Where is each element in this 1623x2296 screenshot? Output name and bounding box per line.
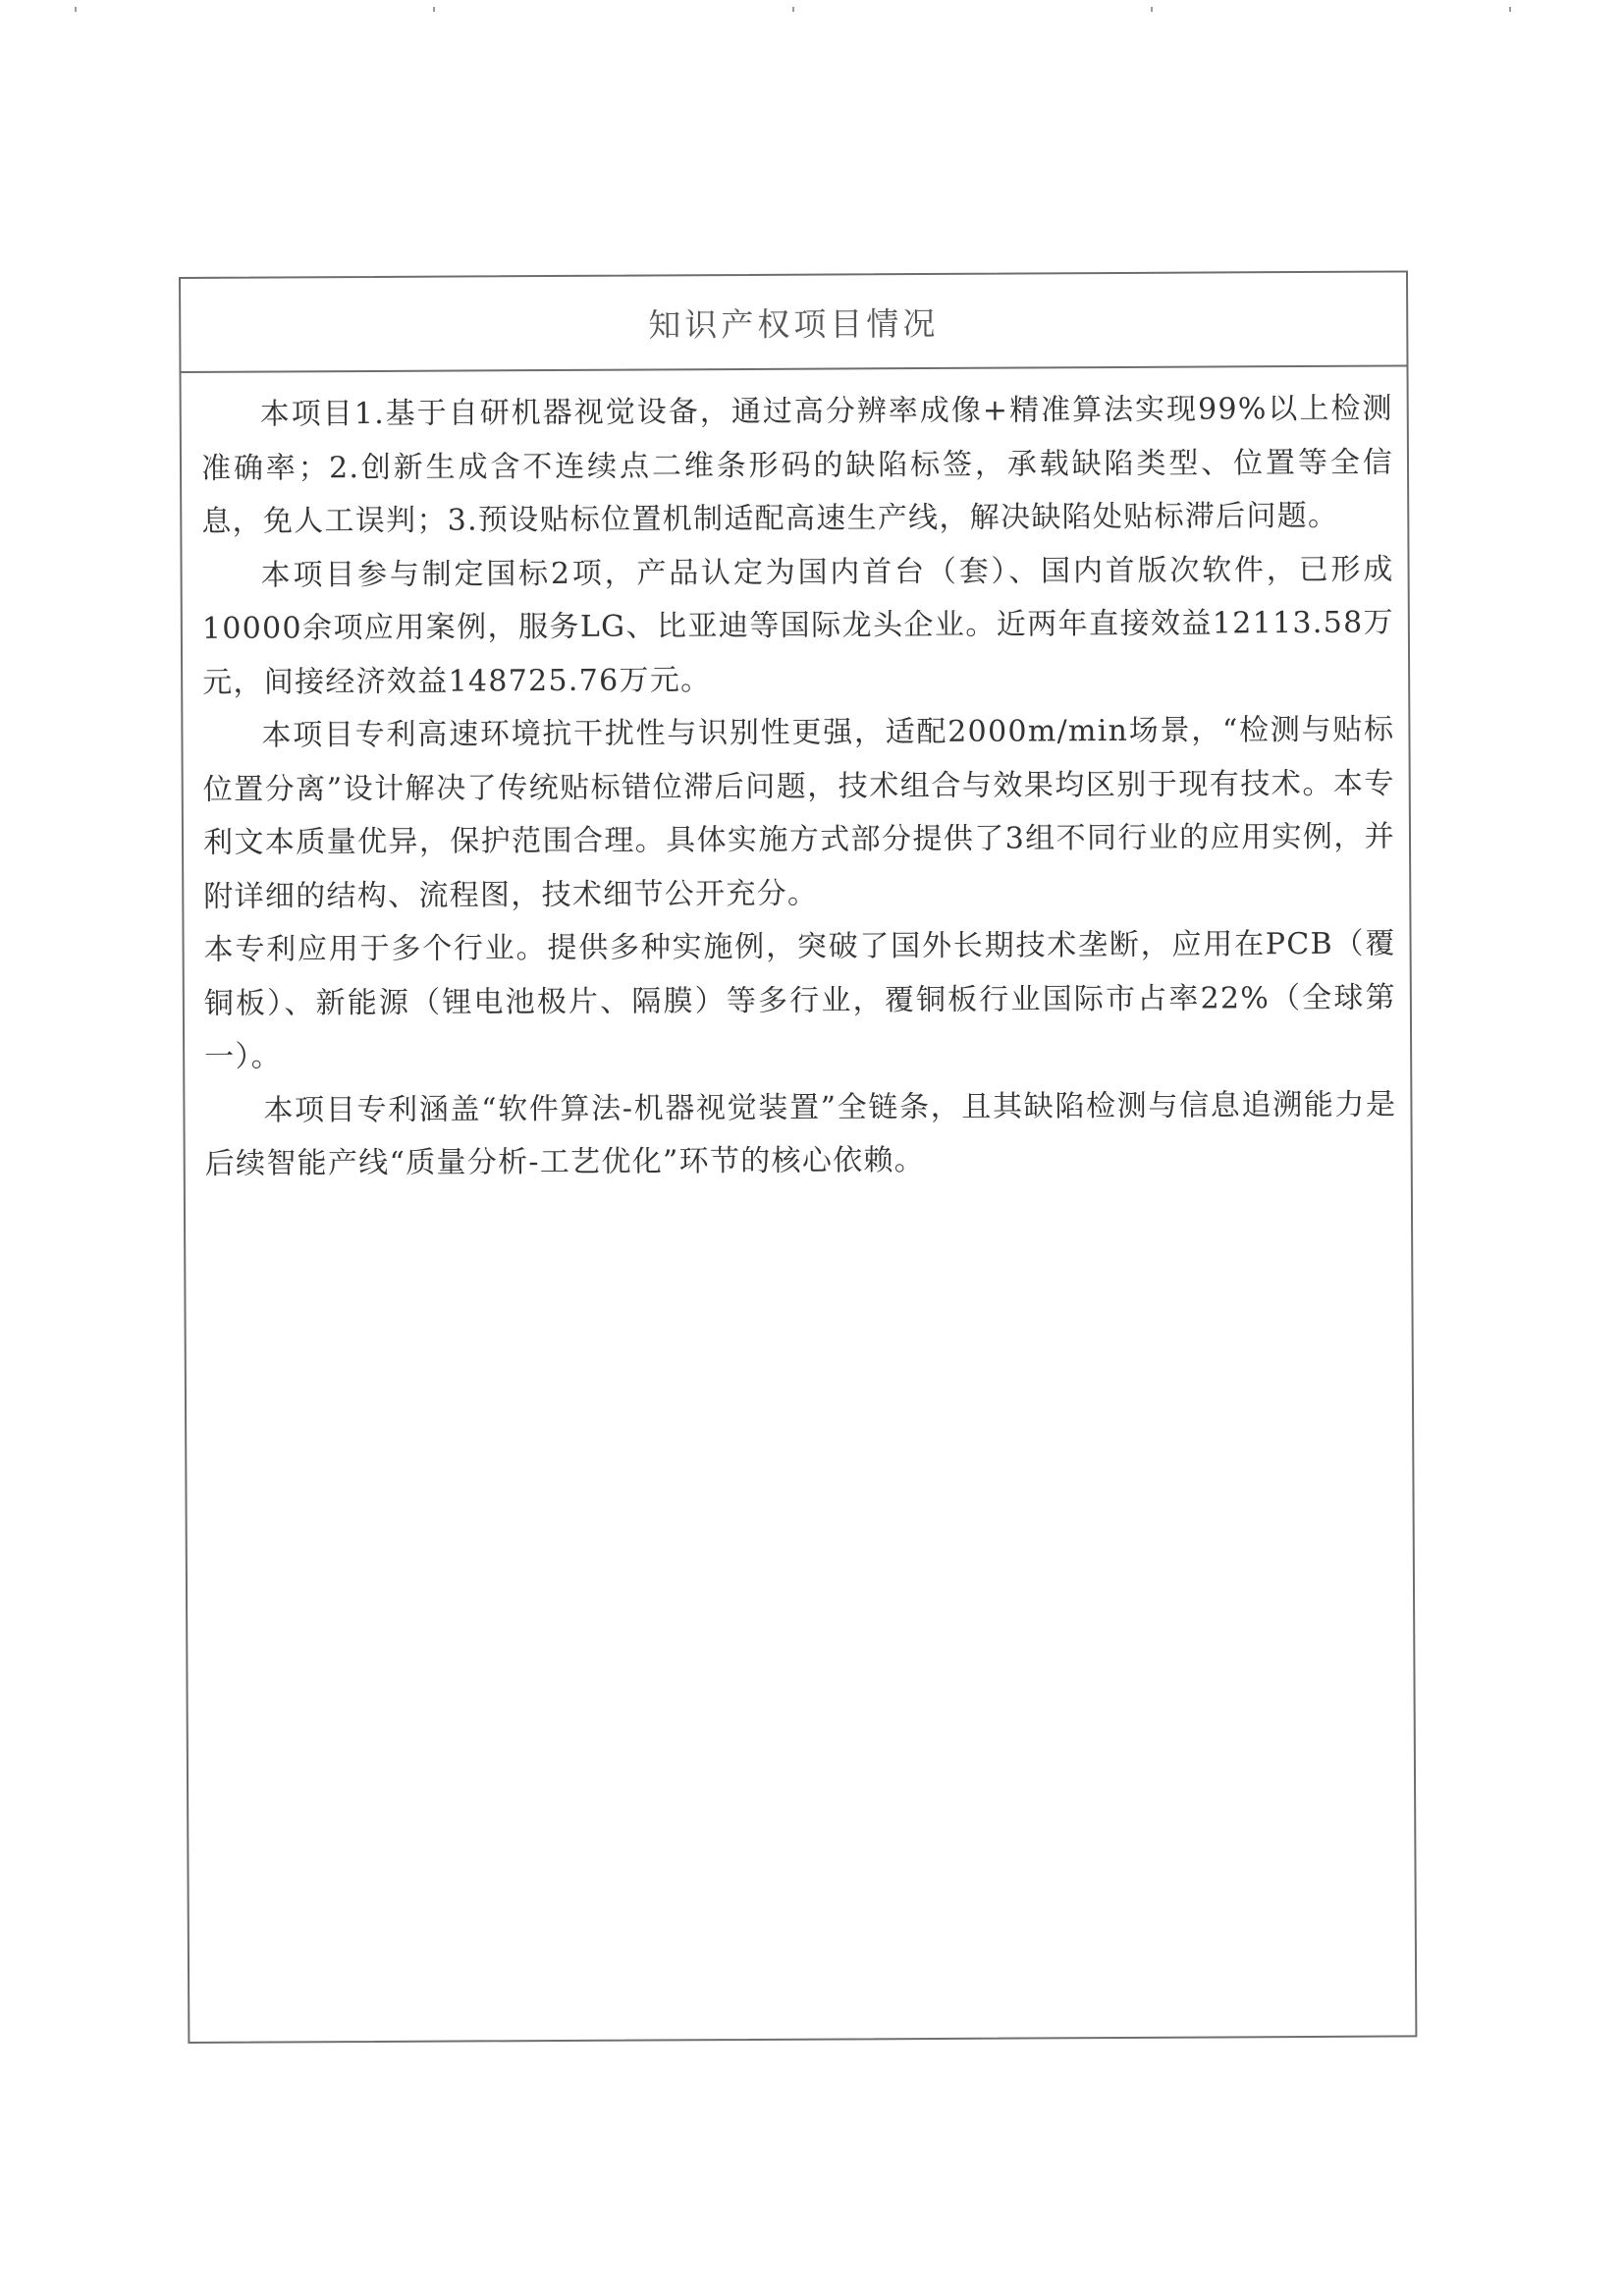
scan-mark <box>75 7 77 12</box>
paragraph-patent-quality: 本项目专利高速环境抗干扰性与识别性更强，适配2000m/min场景，“检测与贴标… <box>202 704 1395 924</box>
scan-registration-marks <box>0 7 1623 13</box>
table-body-cell: 本项目1.基于自研机器视觉设备，通过高分辨率成像+精准算法实现99%以上检测准确… <box>182 366 1411 1191</box>
paragraph-industry-applications: 本专利应用于多个行业。提供多种实施例，突破了国外长期技术垄断，应用在PCB（覆铜… <box>203 918 1396 1085</box>
ip-project-table: 知识产权项目情况 本项目1.基于自研机器视觉设备，通过高分辨率成像+精准算法实现… <box>179 270 1417 2044</box>
paragraph-standards-and-benefits: 本项目参与制定国标2项，产品认定为国内首台（套）、国内首版次软件，已形成1000… <box>201 543 1394 710</box>
scan-mark <box>792 7 794 12</box>
scan-mark <box>433 7 435 12</box>
scan-mark <box>1509 7 1511 12</box>
paragraph-technical-features: 本项目1.基于自研机器视觉设备，通过高分辨率成像+精准算法实现99%以上检测准确… <box>201 383 1394 550</box>
scan-mark <box>1151 7 1153 12</box>
table-header-cell: 知识产权项目情况 <box>181 272 1406 373</box>
page-title: 知识产权项目情况 <box>648 298 939 346</box>
paragraph-full-chain-coverage: 本项目专利涵盖“软件算法-机器视觉装置”全链条，且其缺陷检测与信息追溯能力是后续… <box>204 1078 1397 1191</box>
